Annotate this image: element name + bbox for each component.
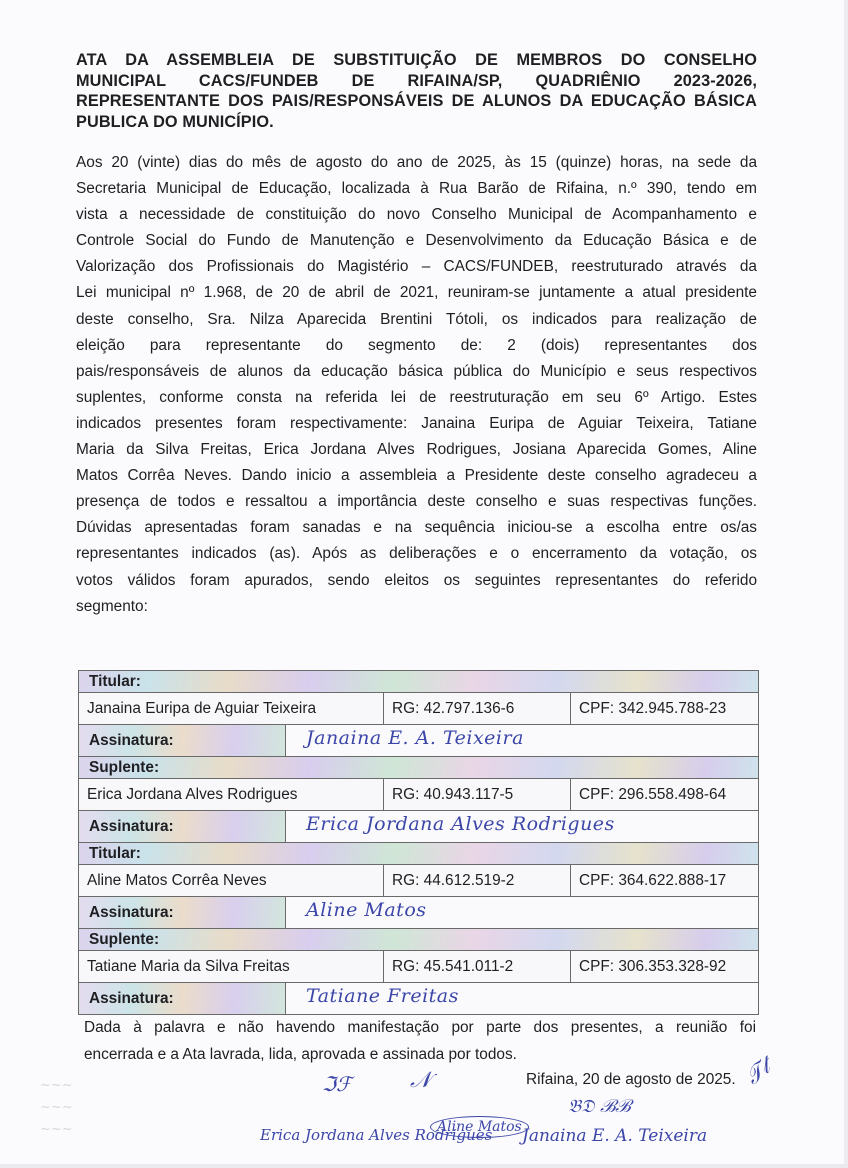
body-line: pais/responsáveis de alunos da educação … <box>76 359 757 385</box>
member-role-row: Titular: <box>79 671 759 693</box>
member-data-row: Aline Matos Corrêa Neves RG: 44.612.519-… <box>79 865 759 897</box>
faint-bleedthrough-text: ~~~ <box>40 1078 73 1093</box>
member-cpf: CPF: 342.945.788-23 <box>571 693 759 725</box>
body-line: indicados presentes foram respectivament… <box>76 411 757 437</box>
closing-line: Dada à palavra e não havendo manifestaçã… <box>84 1014 756 1041</box>
body-line: deste conselho, Sra. Nilza Aparecida Bre… <box>76 307 757 333</box>
body-line: Dúvidas apresentadas foram sanadas e na … <box>76 515 757 541</box>
signature-field: Erica Jordana Alves Rodrigues <box>286 811 759 843</box>
signature-label: Assinatura: <box>79 897 286 929</box>
member-role: Suplente: <box>79 757 759 779</box>
member-signature-row: Assinatura: Tatiane Freitas <box>79 983 759 1015</box>
member-name: Aline Matos Corrêa Neves <box>79 865 384 897</box>
signature-label: Assinatura: <box>79 983 286 1015</box>
body-line: Maria da Silva Freitas, Erica Jordana Al… <box>76 437 757 463</box>
member-data-row: Erica Jordana Alves Rodrigues RG: 40.943… <box>79 779 759 811</box>
footer-signature: Janaina E. A. Teixeira <box>522 1126 707 1146</box>
member-name: Tatiane Maria da Silva Freitas <box>79 951 384 983</box>
body-line: Lei municipal nº 1.968, de 20 de abril d… <box>76 280 757 306</box>
body-line: Controle Social do Fundo de Manutenção e… <box>76 228 757 254</box>
body-line: Aos 20 (vinte) dias do mês de agosto do … <box>76 150 757 176</box>
member-rg: RG: 45.541.011-2 <box>384 951 571 983</box>
member-role: Titular: <box>79 843 759 865</box>
member-signature-row: Assinatura: Erica Jordana Alves Rodrigue… <box>79 811 759 843</box>
member-rg: RG: 40.943.117-5 <box>384 779 571 811</box>
elected-members-table: Titular: Janaina Euripa de Aguiar Teixei… <box>78 670 759 1015</box>
footer-signature: Aline Matos <box>430 1116 529 1138</box>
minutes-body: Aos 20 (vinte) dias do mês de agosto do … <box>76 150 757 620</box>
member-name: Janaina Euripa de Aguiar Teixeira <box>79 693 384 725</box>
member-name: Erica Jordana Alves Rodrigues <box>79 779 384 811</box>
closing-line: encerrada e a Ata lavrada, lida, aprovad… <box>84 1041 756 1068</box>
body-line: Valorização dos Profissionais do Magisté… <box>76 254 757 280</box>
member-data-row: Tatiane Maria da Silva Freitas RG: 45.54… <box>79 951 759 983</box>
member-rg: RG: 42.797.136-6 <box>384 693 571 725</box>
handwritten-signature: Erica Jordana Alves Rodrigues <box>306 813 615 835</box>
body-line: representantes indicados (as). Após as d… <box>76 541 757 567</box>
signature-field: Tatiane Freitas <box>286 983 759 1015</box>
body-line: vista a necessidade de constituição do n… <box>76 202 757 228</box>
member-data-row: Janaina Euripa de Aguiar Teixeira RG: 42… <box>79 693 759 725</box>
signature-field: Janaina E. A. Teixeira <box>286 725 759 757</box>
member-cpf: CPF: 306.353.328-92 <box>571 951 759 983</box>
member-role: Titular: <box>79 671 759 693</box>
signature-field: Aline Matos <box>286 897 759 929</box>
member-role-row: Suplente: <box>79 757 759 779</box>
body-line: eleição para representante do segmento d… <box>76 333 757 359</box>
body-line: segmento: <box>76 594 757 620</box>
initials-signature: ℑℱ <box>322 1072 352 1096</box>
member-cpf: CPF: 364.622.888-17 <box>571 865 759 897</box>
document-page: ATA DA ASSEMBLEIA DE SUBSTITUIÇÃO DE MEM… <box>0 0 848 1168</box>
closing-paragraph: Dada à palavra e não havendo manifestaçã… <box>84 1014 756 1068</box>
member-rg: RG: 44.612.519-2 <box>384 865 571 897</box>
member-signature-row: Assinatura: Aline Matos <box>79 897 759 929</box>
document-title: ATA DA ASSEMBLEIA DE SUBSTITUIÇÃO DE MEM… <box>76 50 757 132</box>
member-signature-row: Assinatura: Janaina E. A. Teixeira <box>79 725 759 757</box>
signature-label: Assinatura: <box>79 811 286 843</box>
scan-edge <box>844 0 848 1168</box>
initials-signature: 𝒩 <box>410 1068 431 1093</box>
member-role-row: Titular: <box>79 843 759 865</box>
faint-bleedthrough-text: ~~~ <box>40 1122 73 1137</box>
title-line: PUBLICA DO MUNICÍPIO. <box>76 112 757 133</box>
handwritten-signature: Tatiane Freitas <box>306 985 459 1007</box>
faint-bleedthrough-text: ~~~ <box>40 1100 73 1115</box>
body-line: Secretaria Municipal de Educação, locali… <box>76 176 757 202</box>
signature-label: Assinatura: <box>79 725 286 757</box>
initials-signature: 𝔅𝔇 ℬℬ <box>568 1096 630 1117</box>
body-line: presença de todos e ressaltou a importân… <box>76 489 757 515</box>
handwritten-signature: Aline Matos <box>306 899 427 921</box>
title-line: MUNICIPAL CACS/FUNDEB DE RIFAINA/SP, QUA… <box>76 71 757 92</box>
member-role-row: Suplente: <box>79 929 759 951</box>
member-cpf: CPF: 296.558.498-64 <box>571 779 759 811</box>
body-line: votos válidos foram apurados, sendo elei… <box>76 568 757 594</box>
handwritten-signature: Janaina E. A. Teixeira <box>306 727 524 749</box>
place-and-date: Rifaina, 20 de agosto de 2025. <box>526 1071 736 1089</box>
body-line: suplentes, conforme consta na referida l… <box>76 385 757 411</box>
body-line: Matos Corrêa Neves. Dando inicio a assem… <box>76 463 757 489</box>
title-line: ATA DA ASSEMBLEIA DE SUBSTITUIÇÃO DE MEM… <box>76 50 757 71</box>
member-role: Suplente: <box>79 929 759 951</box>
title-line: REPRESENTANTE DOS PAIS/RESPONSÁVEIS DE A… <box>76 91 757 112</box>
scan-edge <box>0 1164 848 1168</box>
